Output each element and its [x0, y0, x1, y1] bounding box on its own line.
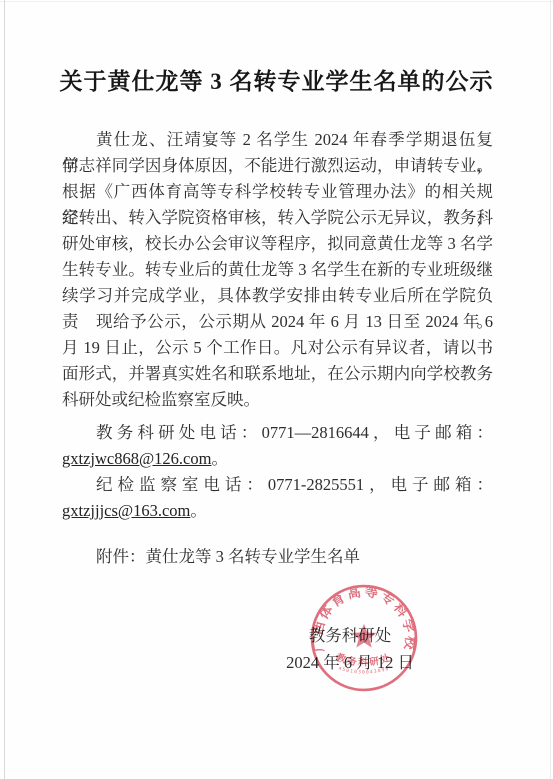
scan-edge-left	[4, 0, 5, 779]
body-line: 生转专业。转专业后的黄仕龙等 3 名学生在新的专业班级继	[62, 257, 493, 283]
body-line: 面形式，并署真实姓名和联系地址，在公示期内向学校教务	[62, 361, 493, 387]
signature-block: 教务科研处 2024 年 6 月 12 日	[250, 622, 450, 676]
body-line: 黄仕龙、汪靖宴等 2 名学生 2024 年春季学期退伍复学，	[62, 127, 493, 153]
announcement-body: 黄仕龙、汪靖宴等 2 名学生 2024 年春季学期退伍复学， 何志祥同学因身体原…	[62, 127, 493, 570]
attachment-line: 附件：黄仕龙等 3 名转专业学生名单	[62, 544, 493, 570]
document-page: 关于黄仕龙等 3 名转专业学生名单的公示 黄仕龙、汪靖宴等 2 名学生 2024…	[0, 0, 553, 779]
jijian-contact-line: 纪检监察室电话：0771-2825551，电子邮箱：	[62, 472, 493, 498]
body-line: 何志祥同学因身体原因，不能进行激烈运动，申请转专业。	[62, 153, 493, 179]
jijian-email-line: gxtzjjjcs@163.com。	[62, 498, 493, 524]
body-line: 科研处或纪检监察室反映。	[62, 387, 493, 413]
jwc-email-link[interactable]: gxtzjwc868@126.com	[62, 449, 211, 468]
signature-department: 教务科研处	[250, 622, 450, 649]
period: 。	[190, 501, 207, 520]
scan-edge-top	[0, 1, 553, 2]
body-line: 现给予公示，公示期从 2024 年 6 月 13 日至 2024 年 6	[62, 309, 493, 335]
body-line: 经转出、转入学院资格审核，转入学院公示无异议，教务科	[62, 205, 493, 231]
jwc-email-line: gxtzjwc868@126.com。	[62, 446, 493, 472]
body-line: 研处审核，校长办公会审议等程序，拟同意黄仕龙等 3 名学	[62, 231, 493, 257]
period: 。	[211, 449, 228, 468]
scan-edge-right	[550, 0, 551, 779]
jwc-contact-line: 教务科研处电话：0771—2816644，电子邮箱：	[62, 420, 493, 446]
jijian-email-link[interactable]: gxtzjjjcs@163.com	[62, 501, 190, 520]
body-line: 根据《广西体育高等专科学校转专业管理办法》的相关规定，	[62, 179, 493, 205]
signature-date: 2024 年 6 月 12 日	[250, 649, 450, 676]
announcement-title: 关于黄仕龙等 3 名转专业学生名单的公示	[0, 63, 553, 96]
body-line: 月 19 日止，公示 5 个工作日。凡对公示有异议者，请以书	[62, 335, 493, 361]
body-line: 续学习并完成学业，具体教学安排由转专业后所在学院负责。	[62, 283, 493, 309]
